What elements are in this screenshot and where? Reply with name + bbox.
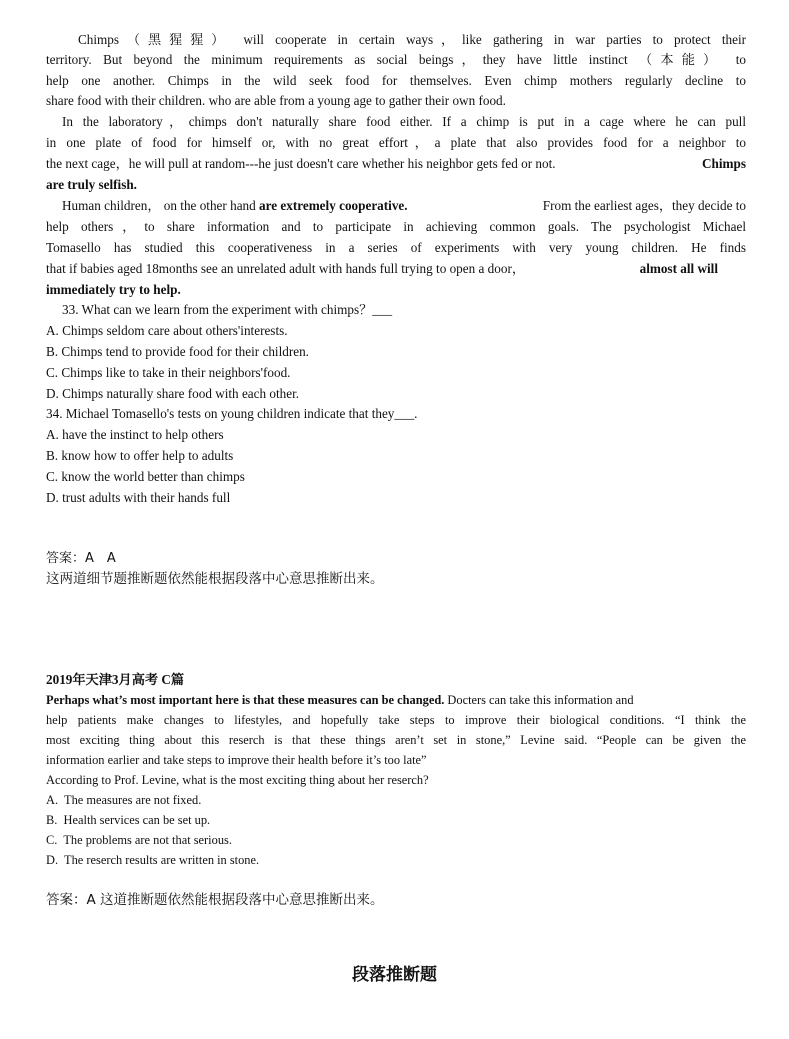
text: Human children， on the other hand	[62, 198, 256, 213]
bold-text: Perhaps what’s most important here is th…	[46, 693, 444, 707]
paragraph-line: Chimps（黑猩猩） will cooperate in certain wa…	[46, 30, 746, 50]
option-c: C. know the world better than chimps	[46, 467, 746, 487]
question-stem: 34. Michael Tomasello's tests on young c…	[46, 404, 746, 424]
answer-explanation: 这两道细节题推断题依然能根据段落中心意思推断出来。	[46, 569, 746, 589]
paragraph-line: immediately try to help.	[46, 280, 746, 300]
option-b: B. Chimps tend to provide food for their…	[46, 342, 746, 362]
paragraph-line: help patients make changes to lifestyles…	[46, 710, 746, 730]
paragraph-line: help one another. Chimps in the wild see…	[46, 71, 746, 91]
paragraph-line: information earlier and take steps to im…	[46, 750, 746, 770]
option-a: A. have the instinct to help others	[46, 425, 746, 445]
text: that if babies aged 18months see an unre…	[46, 261, 525, 276]
question-stem: 33. What can we learn from the experimen…	[46, 300, 762, 320]
option-b: B. know how to offer help to adults	[46, 446, 746, 466]
bold-text: Chimps	[702, 154, 746, 174]
text: Docters can take this information and	[444, 693, 633, 707]
option-c: C. Chimps like to take in their neighbor…	[46, 363, 746, 383]
section-title: 段落推断题	[0, 960, 789, 985]
paragraph-line: Human children， on the other hand are ex…	[46, 196, 746, 216]
option-d: D. The reserch results are written in st…	[46, 850, 746, 870]
paragraph-line: territory. But beyond the minimum requir…	[46, 50, 746, 70]
answer-label: 答案：A A	[46, 549, 746, 569]
question-stem: According to Prof. Levine, what is the m…	[46, 770, 746, 790]
paragraph-line: the next cage，he will pull at random---h…	[46, 154, 746, 174]
section-heading: 2019年天津3月高考 C篇	[46, 670, 746, 690]
paragraph-line: in one plate of food for himself or, wit…	[46, 133, 746, 153]
text: From the earliest ages，they decide to	[543, 196, 746, 216]
paragraph-line: most exciting thing about this reserch i…	[46, 730, 746, 750]
bold-text: almost all will	[640, 259, 718, 279]
option-d: D. trust adults with their hands full	[46, 488, 746, 508]
paragraph-line: are truly selfish.	[46, 175, 746, 195]
paragraph-line: Perhaps what’s most important here is th…	[46, 690, 746, 710]
option-d: D. Chimps naturally share food with each…	[46, 384, 746, 404]
option-c: C. The problems are not that serious.	[46, 830, 746, 850]
paragraph-line: share food with their children. who are …	[46, 91, 746, 111]
paragraph-line: that if babies aged 18months see an unre…	[46, 259, 746, 279]
paragraph-line: help others，to share information and to …	[46, 217, 746, 237]
text: the next cage，he will pull at random---h…	[46, 156, 556, 171]
option-b: B. Health services can be set up.	[46, 810, 746, 830]
bold-text: immediately try to help.	[46, 282, 181, 297]
bold-text: are extremely cooperative.	[259, 198, 408, 213]
bold-text: are truly selfish.	[46, 177, 137, 192]
paragraph-line: Tomasello has studied this cooperativene…	[46, 238, 746, 258]
option-a: A. The measures are not fixed.	[46, 790, 746, 810]
answer-explanation: 答案：A 这道推断题依然能根据段落中心意思推断出来。	[46, 890, 746, 910]
option-a: A. Chimps seldom care about others'inter…	[46, 321, 746, 341]
paragraph-line: In the laboratory，chimps don't naturally…	[46, 112, 746, 132]
